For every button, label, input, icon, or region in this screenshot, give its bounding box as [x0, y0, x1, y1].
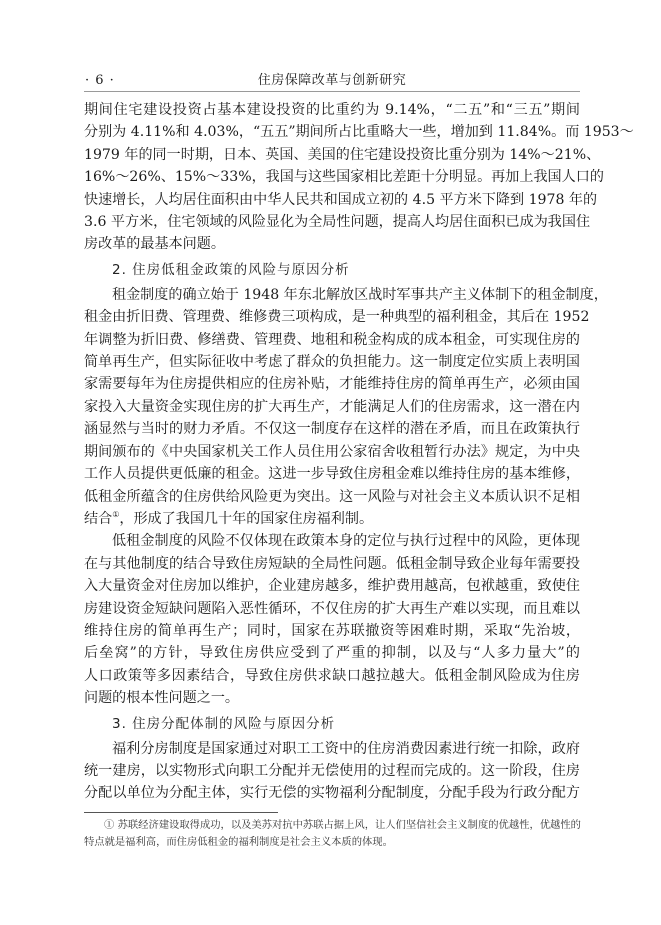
text-line: 家投入大量资金实现住房的扩大再生产，才能满足人们的住房需求，这一潜在内: [84, 396, 580, 418]
text-line: 在与其他制度的结合导致住房短缺的全局性问题。低租金制导致企业每年需要投: [84, 553, 580, 575]
text-line: 快速增长，人均居住面积由中华人民共和国成立初的 4.5 平方米下降到 1978 …: [84, 189, 580, 211]
paragraph-3: 低租金制度的风险不仅体现在政策本身的定位与执行过程中的风险，更体现 在与其他制度…: [84, 530, 580, 709]
book-page: · 6 · 住房保障改革与创新研究 期间住宅建设投资占基本建设投资的比重约为 9…: [84, 0, 580, 925]
footnote-line: 特点就是福利高，而住房低租金的福利制度是社会主义本质的体现。: [84, 834, 580, 851]
text-line: 期间颁布的《中央国家机关工作人员住用公家宿舍收租暂行办法》规定，为中央: [84, 441, 580, 463]
text-line: 低租金所蕴含的住房供给风险更为突出。这一风险与对社会主义本质认识不足相: [84, 486, 580, 508]
footnote: ① 苏联经济建设取得成功，以及美苏对抗中苏联占据上风，让人们坚信社会主义制度的优…: [84, 817, 580, 851]
running-header: · 6 · 住房保障改革与创新研究: [84, 73, 580, 92]
book-title: 住房保障改革与创新研究: [84, 73, 580, 89]
text-line: 福利分房制度是国家通过对职工工资中的住房消费因素进行统一扣除，政府: [84, 738, 580, 760]
text-fragment: ，形成了我国几十年的国家住房福利制。: [119, 511, 373, 527]
text-line: 分配以单位为分配主体，实行无偿的实物福利分配制度，分配手段为行政分配方: [84, 782, 580, 804]
text-line: 入大量资金对住房加以维护，企业建房越多，维护费用越高，包袱越重，致使住: [84, 575, 580, 597]
text-line: 维持住房的简单再生产；同时，国家在苏联撤资等困难时期，采取“先治坡，: [84, 620, 580, 642]
footnote-divider: [84, 812, 278, 813]
text-line: 分别为 4.11%和 4.03%，“五五”期间所占比重略大一些，增加到 11.8…: [84, 121, 580, 143]
text-line: 16%～26%、15%～33%，我国与这些国家相比差距十分明显。再加上我国人口的: [84, 166, 580, 188]
text-line: 租金制度的确立始于 1948 年东北解放区战时军事共产主义体制下的租金制度，: [84, 284, 580, 306]
footnote-marker: ①: [104, 819, 114, 831]
text-line: 结合①，形成了我国几十年的国家住房福利制。: [84, 508, 580, 530]
footnote-text: 苏联经济建设取得成功，以及美苏对抗中苏联占据上风，让人们坚信社会主义制度的优越性…: [118, 819, 581, 831]
text-line: 房建设资金短缺问题陷入恶性循环，不仅住房的扩大再生产难以实现，而且难以: [84, 598, 580, 620]
text-line: 统一建房，以实物形式向职工分配并无偿使用的过程而完成的。这一阶段，住房: [84, 760, 580, 782]
section-heading-3: 3. 住房分配体制的风险与原因分析: [84, 713, 580, 735]
section-heading-2: 2. 住房低租金政策的风险与原因分析: [84, 259, 580, 281]
text-line: 租金由折旧费、管理费、维修费三项构成，是一种典型的福利租金，其后在 1952: [84, 306, 580, 328]
body-text: 期间住宅建设投资占基本建设投资的比重约为 9.14%，“二五”和“三五”期间 分…: [84, 99, 580, 805]
text-line: 房改革的最基本问题。: [84, 233, 580, 255]
paragraph-1: 期间住宅建设投资占基本建设投资的比重约为 9.14%，“二五”和“三五”期间 分…: [84, 99, 580, 256]
text-line: 年调整为折旧费、修缮费、管理费、地租和税金构成的成本租金，可实现住房的: [84, 329, 580, 351]
text-line: 1979 年的同一时期，日本、英国、美国的住宅建设投资比重分别为 14%～21%…: [84, 144, 580, 166]
footnote-line: ① 苏联经济建设取得成功，以及美苏对抗中苏联占据上风，让人们坚信社会主义制度的优…: [84, 817, 580, 834]
paragraph-2: 租金制度的确立始于 1948 年东北解放区战时军事共产主义体制下的租金制度， 租…: [84, 284, 580, 530]
text-line: 后垒窝”的方针，导致住房供应受到了严重的抑制，以及与“人多力量大”的: [84, 642, 580, 664]
text-line: 人口政策等多因素结合，导致住房供求缺口越拉越大。低租金制风险成为住房: [84, 665, 580, 687]
text-line: 涵显然与当时的财力矛盾。不仅这一制度存在这样的潜在矛盾，而且在政策执行: [84, 418, 580, 440]
text-line: 工作人员提供更低廉的租金。这进一步导致住房租金难以维持住房的基本维修，: [84, 463, 580, 485]
text-line: 低租金制度的风险不仅体现在政策本身的定位与执行过程中的风险，更体现: [84, 530, 580, 552]
text-line: 期间住宅建设投资占基本建设投资的比重约为 9.14%，“二五”和“三五”期间: [84, 99, 580, 121]
text-fragment: 结合: [84, 511, 112, 527]
text-line: 3.6 平方米，住宅领域的风险显化为全局性问题，提高人均居住面积已成为我国住: [84, 211, 580, 233]
text-line: 家需要每年为住房提供相应的住房补贴，才能维持住房的简单再生产，必须由国: [84, 373, 580, 395]
text-line: 简单再生产，但实际征收中考虑了群众的负担能力。这一制度定位实质上表明国: [84, 351, 580, 373]
text-line: 问题的根本性问题之一。: [84, 687, 580, 709]
paragraph-4: 福利分房制度是国家通过对职工工资中的住房消费因素进行统一扣除，政府 统一建房，以…: [84, 738, 580, 805]
